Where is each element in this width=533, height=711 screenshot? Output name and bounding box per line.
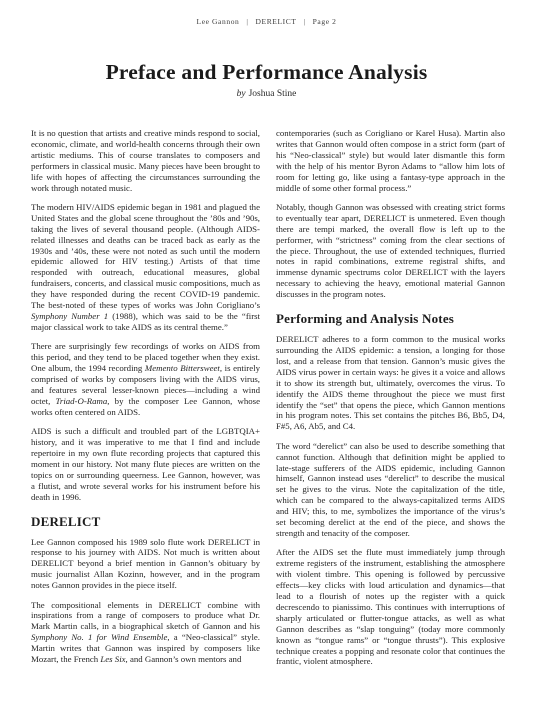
text-run: , and Gannon’s own mentors and — [126, 654, 242, 664]
text-run: DERELICT adheres to a form common to the… — [276, 334, 505, 431]
text-run: The modern HIV/AIDS epidemic began in 19… — [31, 202, 260, 310]
byline: byJoshua Stine — [0, 89, 533, 99]
text-run: It is no question that artists and creat… — [31, 128, 260, 193]
right-column: contemporaries (such as Corigliano or Ka… — [276, 128, 505, 676]
document-page: Lee Gannon|DERELICT|Page 2 Preface and P… — [0, 0, 533, 711]
text-run: contemporaries (such as Corigliano or Ka… — [276, 128, 505, 193]
italic-text-run: Symphony No. 1 for Wind Ensemble — [31, 632, 167, 642]
paragraph: The word “derelict” can also be used to … — [276, 441, 505, 539]
paragraph: Notably, though Gannon was obsessed with… — [276, 202, 505, 300]
text-run: The word “derelict” can also be used to … — [276, 441, 505, 538]
italic-text-run: Symphony Number 1 — [31, 311, 108, 321]
running-header-separator: | — [246, 17, 248, 26]
text-run: Lee Gannon composed his 1989 solo flute … — [31, 537, 260, 591]
page-title: Preface and Performance Analysis — [0, 60, 533, 85]
byline-author: Joshua Stine — [249, 89, 297, 99]
text-run: Notably, though Gannon was obsessed with… — [276, 202, 505, 299]
paragraph: contemporaries (such as Corigliano or Ka… — [276, 128, 505, 193]
title-block: Preface and Performance Analysis byJoshu… — [0, 60, 533, 99]
running-header-page-number: Page 2 — [313, 17, 337, 26]
paragraph: AIDS is such a difficult and troubled pa… — [31, 426, 260, 502]
running-header-author: Lee Gannon — [197, 17, 240, 26]
section-heading: Performing and Analysis Notes — [276, 311, 505, 327]
paragraph: Lee Gannon composed his 1989 solo flute … — [31, 537, 260, 592]
paragraph: The compositional elements in DERELICT c… — [31, 600, 260, 665]
two-column-body: It is no question that artists and creat… — [0, 128, 533, 676]
paragraph: DERELICT adheres to a form common to the… — [276, 334, 505, 432]
text-run: The compositional elements in DERELICT c… — [31, 600, 260, 632]
text-run: After the AIDS set the flute must immedi… — [276, 547, 505, 666]
paragraph: There are surprisingly few recordings of… — [31, 341, 260, 417]
paragraph: It is no question that artists and creat… — [31, 128, 260, 193]
paragraph: The modern HIV/AIDS epidemic began in 19… — [31, 202, 260, 333]
italic-text-run: Les Six — [100, 654, 125, 664]
paragraph: After the AIDS set the flute must immedi… — [276, 547, 505, 667]
text-run: AIDS is such a difficult and troubled pa… — [31, 426, 260, 501]
running-header: Lee Gannon|DERELICT|Page 2 — [0, 17, 533, 26]
italic-text-run: Triad-O-Rama — [55, 396, 107, 406]
section-heading: DERELICT — [31, 514, 260, 530]
italic-text-run: Memento Bittersweet — [145, 363, 220, 373]
byline-prefix: by — [237, 89, 246, 99]
running-header-separator: | — [304, 17, 306, 26]
running-header-work: DERELICT — [256, 17, 297, 26]
left-column: It is no question that artists and creat… — [31, 128, 260, 676]
